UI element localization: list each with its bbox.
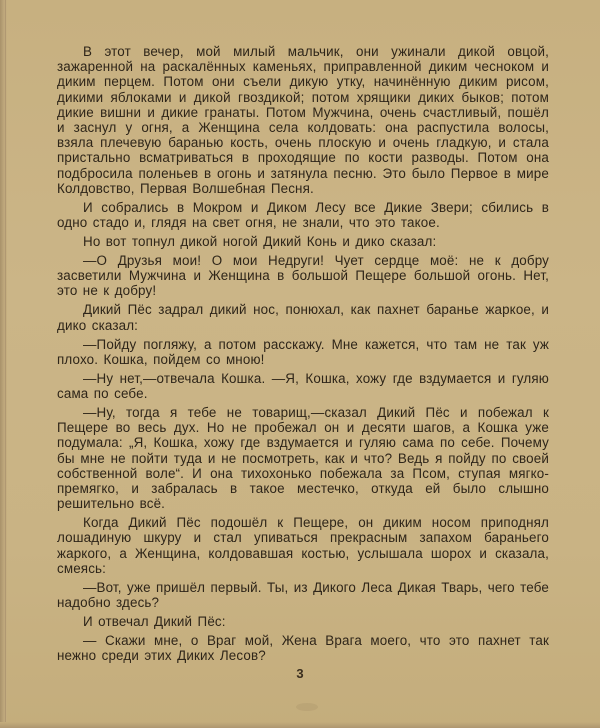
paragraph-dog-at-cave: Когда Дикий Пёс подошёл к Пещере, он дик…: [57, 515, 549, 576]
page-binding-edge: [0, 0, 7, 728]
paragraph-cat-reply: —Ну нет,—отвечала Кошка. —Я, Кошка, хожу…: [57, 371, 549, 401]
paragraph-dog-sniffs: Дикий Пёс задрал дикий нос, понюхал, как…: [57, 302, 549, 332]
paragraph-supper: В этот вечер, мой милый мальчик, они ужи…: [57, 44, 549, 196]
paragraph-beasts-gather: И собрались в Мокром и Диком Лесу все Ди…: [57, 200, 549, 230]
paragraph-woman-speech: —Вот, уже пришёл первый. Ты, из Дикого Л…: [57, 580, 549, 610]
paragraph-horse-speech: —О Друзья мои! О мои Недруги! Чует сердц…: [57, 253, 549, 299]
paragraph-cat-follows: —Ну, тогда я тебе не товарищ,—сказал Дик…: [57, 405, 549, 511]
page-bottom-edge: [0, 722, 600, 728]
paragraph-dog-answers: И отвечал Дикий Пёс:: [57, 614, 549, 629]
page-number: 3: [0, 666, 600, 681]
paragraph-dog-question: — Скажи мне, о Враг мой, Жена Врага моег…: [57, 633, 549, 663]
page-body-text: В этот вечер, мой милый мальчик, они ужи…: [57, 44, 549, 667]
paper-smudge: [296, 703, 318, 711]
paragraph-dog-speech: —Пойду погляжу, а потом расскажу. Мне ка…: [57, 337, 549, 367]
book-page: В этот вечер, мой милый мальчик, они ужи…: [0, 0, 600, 728]
paragraph-horse-stamped: Но вот топнул дикой ногой Дикий Конь и д…: [57, 234, 549, 249]
